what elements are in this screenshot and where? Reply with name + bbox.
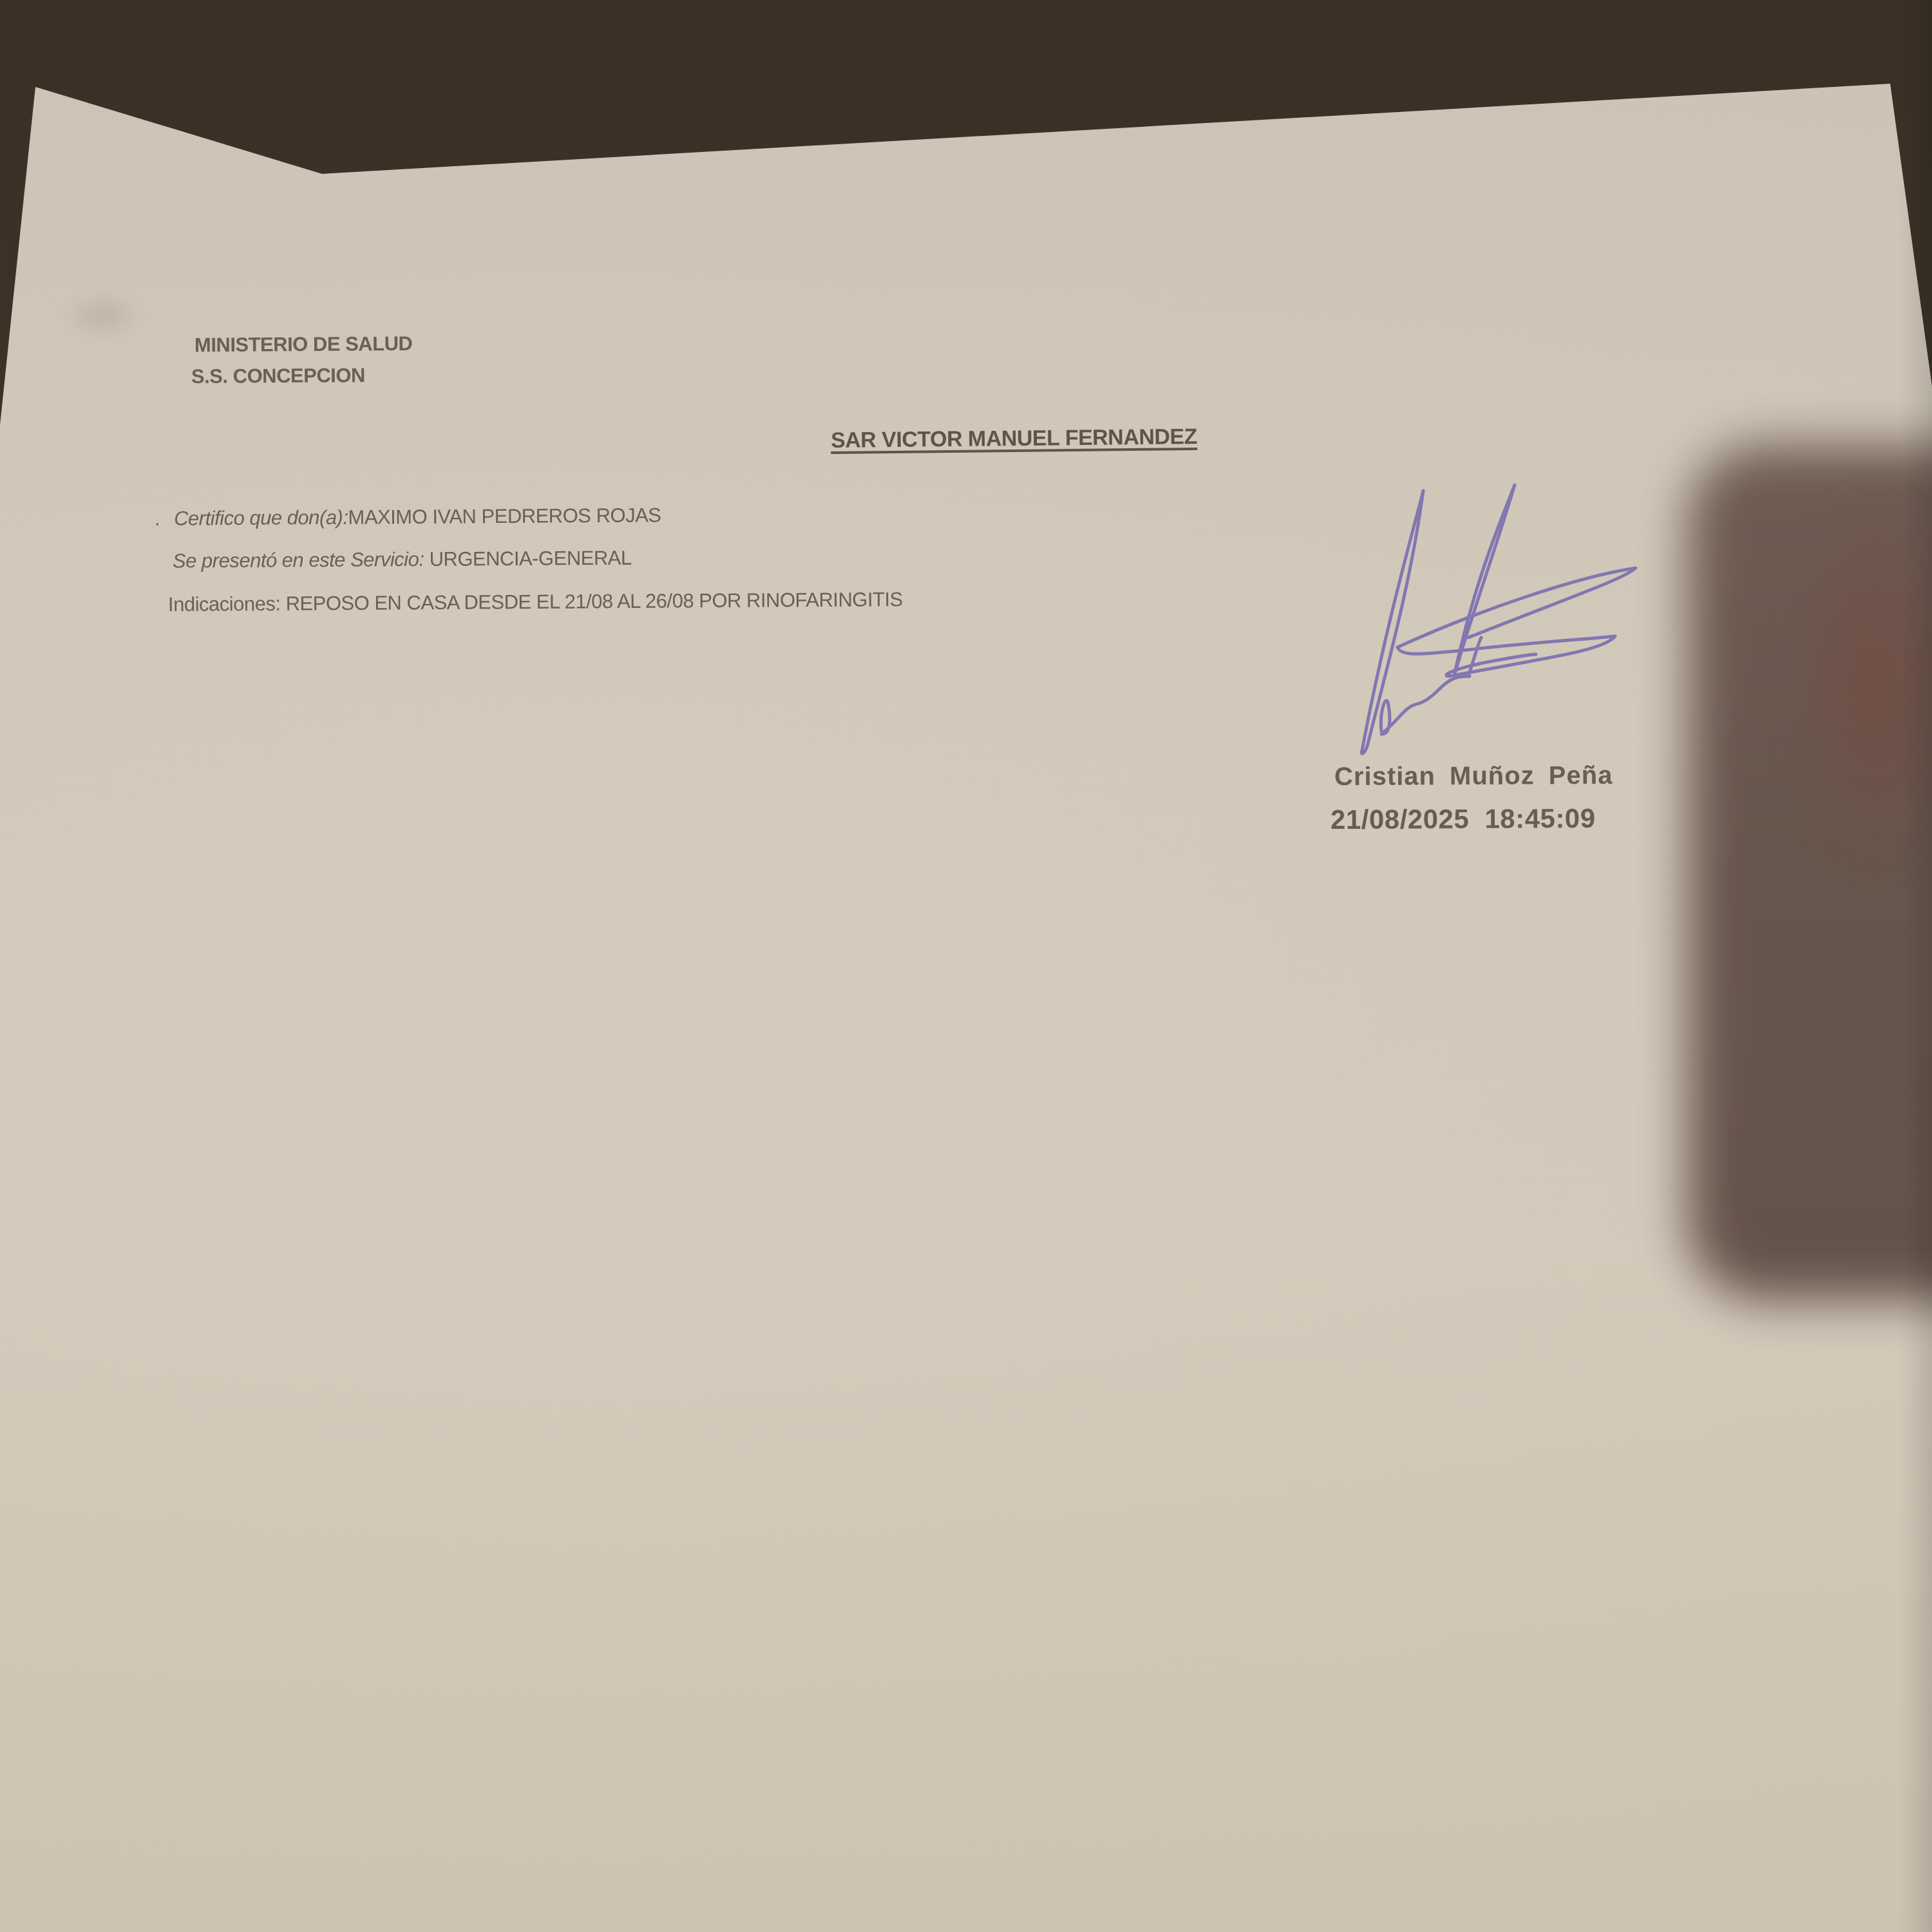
paper-sheet (0, 0, 1932, 1932)
bullet-mark: . (155, 507, 160, 530)
ministry-header: MINISTERIO DE SALUD (194, 332, 413, 357)
service-line: Se presentó en este Servicio: URGENCIA-G… (173, 547, 632, 573)
signer-name: Cristian Muñoz Peña (1334, 761, 1613, 791)
signature-icon (1320, 464, 1674, 760)
facility-title: SAR VICTOR MANUEL FERNANDEZ (831, 424, 1197, 453)
certify-line: .Certifico que don(a):MAXIMO IVAN PEDRER… (155, 504, 661, 530)
certify-label: Certifico que don(a): (174, 506, 348, 530)
signature-timestamp: 21/08/2025 18:45:09 (1331, 803, 1596, 835)
edge-shadow (1900, 0, 1932, 1932)
service-label: Se presentó en este Servicio: (173, 548, 424, 573)
service-value: URGENCIA-GENERAL (429, 547, 631, 571)
indications-value: REPOSO EN CASA DESDE EL 21/08 AL 26/08 P… (285, 588, 902, 615)
signature-time: 18:45:09 (1484, 803, 1595, 834)
patient-name: MAXIMO IVAN PEDREROS ROJAS (348, 504, 661, 528)
health-service-header: S.S. CONCEPCION (191, 364, 365, 388)
paper-smudge (61, 290, 145, 341)
signature-date: 21/08/2025 (1331, 804, 1469, 835)
indications-label: Indicaciones: (168, 592, 281, 616)
